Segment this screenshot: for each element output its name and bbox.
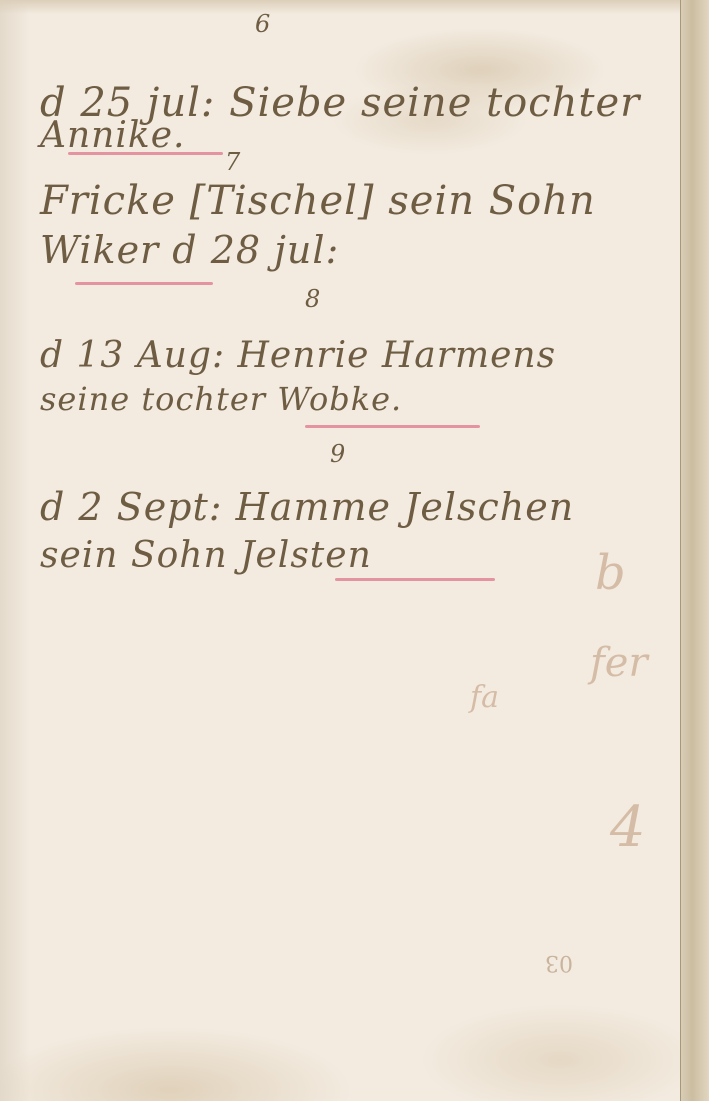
entry-2-superscript: 7 bbox=[225, 148, 241, 176]
entry-1-superscript: 6 bbox=[255, 10, 271, 38]
entry-1-line2: Annike. bbox=[40, 115, 185, 156]
bleed-through-mark-2: fer bbox=[590, 640, 648, 686]
page-binding-edge bbox=[680, 0, 709, 1101]
entry-2-line1: Fricke [Tischel] sein Sohn bbox=[40, 178, 596, 224]
entry-2-line2: Wiker d 28 jul: bbox=[40, 228, 339, 272]
entry-4-name-underline bbox=[335, 578, 495, 581]
entry-3-line2: seine tochter Wobke. bbox=[40, 380, 402, 418]
entry-4-line1: d 2 Sept: Hamme Jelschen bbox=[40, 485, 574, 529]
page-number-bleed: 03 bbox=[545, 950, 573, 975]
manuscript-page: 6 d 25 jul: Siebe seine tochter Annike. … bbox=[0, 0, 709, 1101]
bleed-through-mark-3: fa bbox=[470, 680, 499, 715]
entry-1-name-underline bbox=[68, 152, 223, 155]
entry-3-line1: d 13 Aug: Henrie Harmens bbox=[40, 335, 556, 376]
entry-3-name-underline bbox=[305, 425, 480, 428]
page-top-edge bbox=[0, 0, 709, 14]
entry-3-superscript: 8 bbox=[305, 285, 321, 313]
entry-2-name-underline bbox=[75, 282, 213, 285]
bleed-through-mark-1: b bbox=[595, 545, 626, 601]
entry-4-superscript: 9 bbox=[330, 440, 346, 468]
bleed-through-mark-4: 4 bbox=[610, 795, 646, 860]
entry-4-line2: sein Sohn Jelsten bbox=[40, 535, 372, 576]
